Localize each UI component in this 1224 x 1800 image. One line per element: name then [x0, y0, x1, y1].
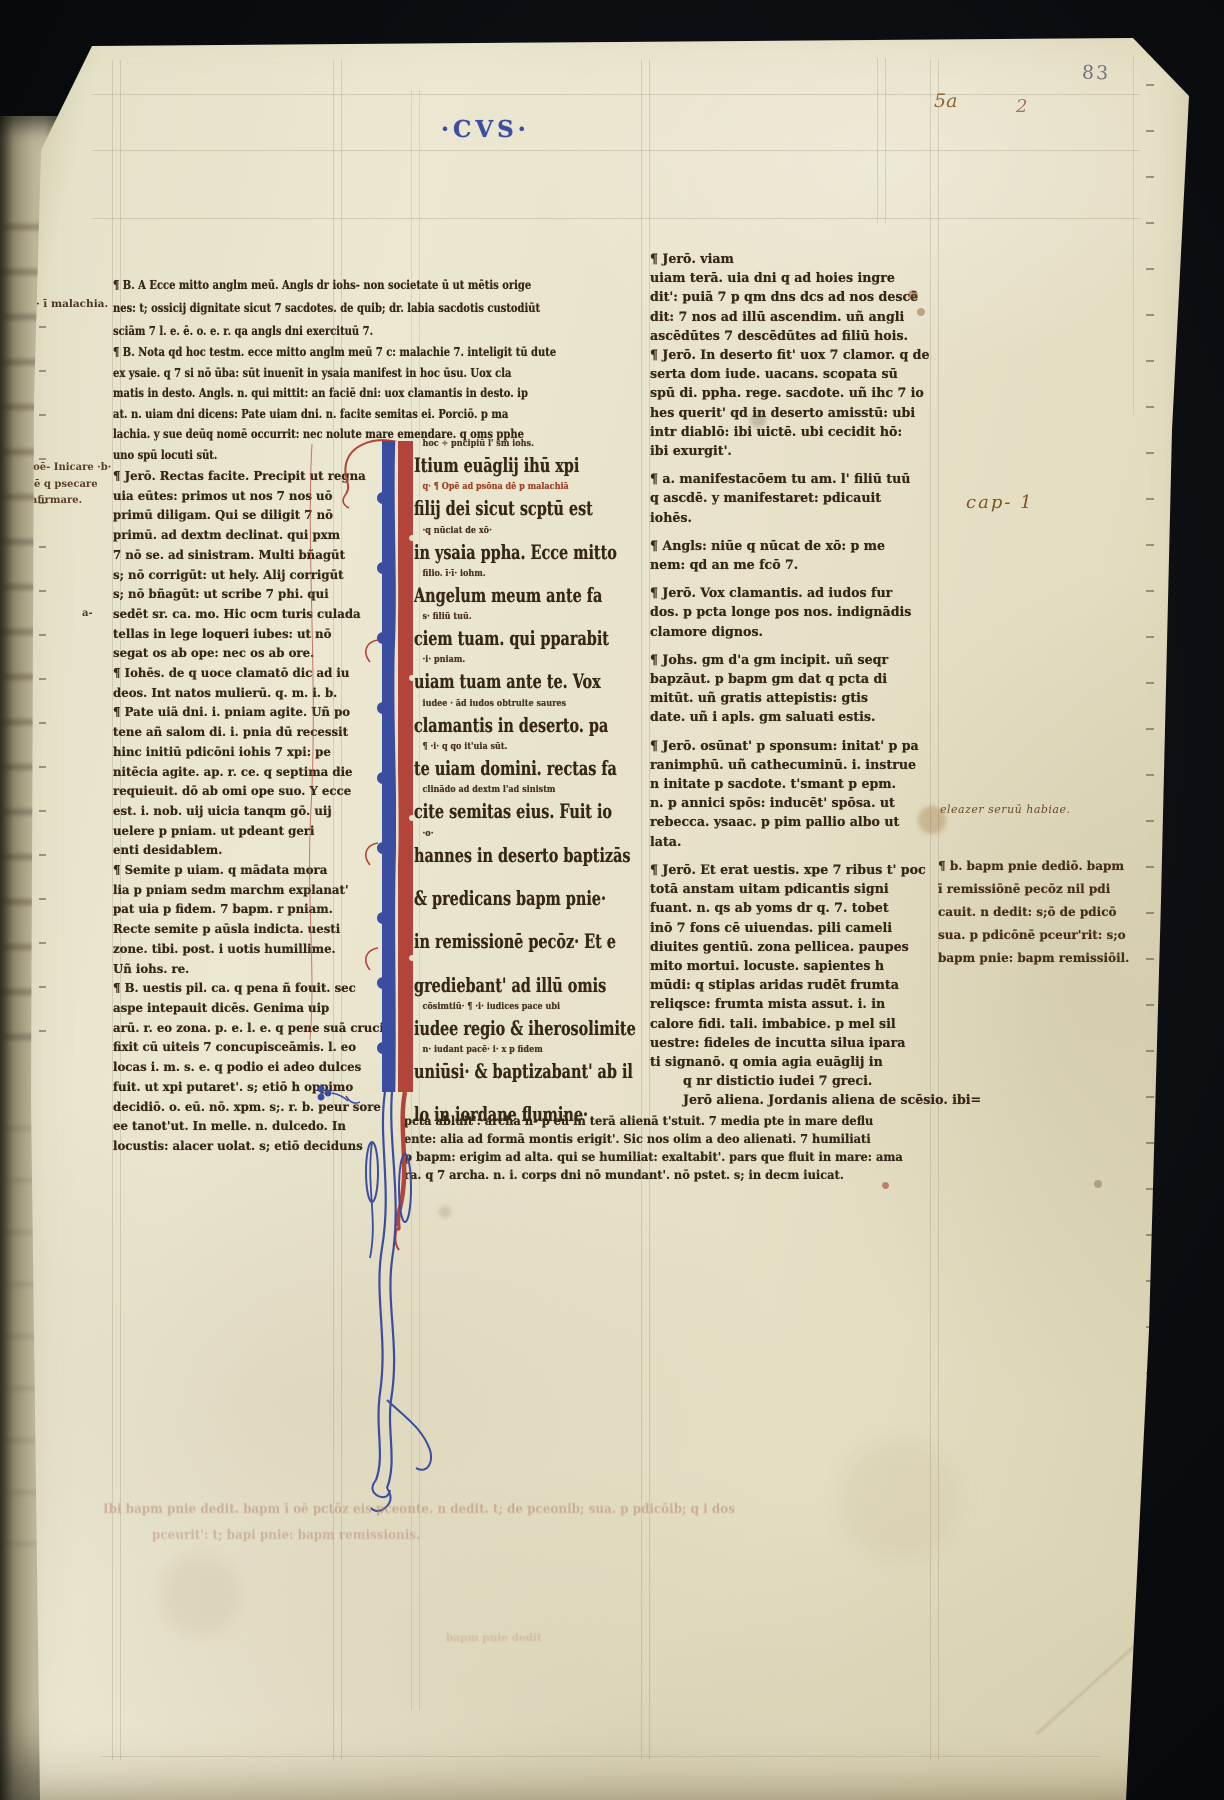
parchment-page: ·CVS· 5a 2 83 · ī malachia. Noē- Inicare…: [0, 0, 1224, 1800]
margin-note-block: Noē- Inicare ·b·d'ē q psecarel'afirmare.: [24, 460, 111, 510]
red-dot-stain: [882, 1182, 889, 1189]
margin-letter-mark: a-: [82, 608, 93, 619]
text-line: q nr distictio iudei 7 greci.: [650, 1072, 981, 1091]
ruling-line: [92, 218, 1140, 219]
text-line: p bapm: erigim ad alta. qui se humiliat:…: [404, 1148, 903, 1166]
illuminated-initial-I: [288, 428, 458, 1528]
text-line: mūdi: q stiplas aridas rudēt frumta: [650, 976, 981, 995]
text-line: ¶ Jerō. Et erat uestis. xpe 7 ribus t' p…: [650, 861, 981, 880]
text-line: inō 7 fons cē uiuendas. pili cameli: [650, 919, 981, 938]
folio-number-pencil: 83: [1082, 62, 1111, 85]
text-line: nem: qd an me fcō 7.: [650, 556, 981, 575]
text-line: sciām 7 l. e. ē. o. e. r. qa angls dni e…: [113, 320, 540, 343]
text-line: [650, 461, 981, 470]
margin-tick-marks-left: [39, 326, 46, 1068]
text-line: [650, 852, 981, 861]
text-line: hes querit' qd in deserto amisstū: ubi: [650, 404, 981, 423]
text-line: l'afirmare.: [24, 493, 111, 510]
text-line: spū di. ppha. rege. sacdote. uñ ihc 7 io: [650, 384, 981, 403]
text-line: calore fidi. tali. imbabice. p mel sil: [650, 1015, 981, 1034]
text-line: uestre: fideles de incutta silua ipara: [650, 1034, 981, 1053]
gloss-right-column: ¶ Jerō. viamuiam terā. uia dni q ad hoie…: [650, 250, 991, 1111]
text-line: Jerō aliena. Jordanis aliena de scēsio. …: [650, 1091, 981, 1110]
ink-stain: [908, 290, 918, 300]
small-stain: [1094, 1180, 1102, 1188]
parchment-crease: [100, 1756, 1100, 1757]
text-line: mito mortui. locuste. sapientes h: [650, 957, 981, 976]
ruling-line: [92, 150, 1140, 151]
text-line: ti signanō. q omia agia euāglij in: [650, 1053, 981, 1072]
manuscript-photo: ·CVS· 5a 2 83 · ī malachia. Noē- Inicare…: [0, 0, 1224, 1800]
ruling-line: [1133, 55, 1134, 415]
faint-stain: [439, 1206, 451, 1218]
text-line: [650, 528, 981, 537]
text-line: q ascdē. y manifestaret: pdicauit: [650, 489, 981, 508]
faded-inscription-line1: Ibi bapm pnie dedit. bapm ī oē pctōz eis…: [103, 1502, 735, 1517]
text-line: Noē- Inicare ·b·: [24, 460, 111, 477]
text-line: dos. p pcta longe pos nos. indignādis: [650, 603, 981, 622]
text-line: pcta abluit': archa n- p eū in terā alie…: [404, 1112, 903, 1130]
text-line: date. uñ i apls. gm saluati estis.: [650, 708, 981, 727]
text-line: dit: 7 nos ad illū ascendim. uñ angli: [650, 308, 981, 327]
foxing-patch: [840, 1440, 960, 1560]
text-line: ascēdūtes 7 descēdūtes ad filiū hois.: [650, 327, 981, 346]
smudge-stain: [750, 412, 766, 428]
leaf-numeral: 2: [1016, 96, 1027, 117]
text-line: fuant. n. qs ab yoms dr q. 7. tobet: [650, 899, 981, 918]
text-line: uiam terā. uia dni q ad hoies ingre: [650, 269, 981, 288]
text-line: intr diablō: ibi uictē. ubi cecidit hō:: [650, 423, 981, 442]
text-line: ente: alia ad formā montis erigit'. Sic …: [404, 1130, 903, 1148]
text-line: ¶ B. Nota qd hoc testm. ecce mitto anglm…: [113, 342, 556, 363]
text-line: serta dom iude. uacans. scopata sū: [650, 365, 981, 384]
text-line: ra. q 7 archa. n. i. corps dni nō mundan…: [404, 1166, 903, 1184]
text-line: ¶ Jerō. Vox clamantis. ad iudos fur: [650, 584, 981, 603]
text-line: ranimphū. uñ cathecuminū. i. instrue: [650, 756, 981, 775]
foxing-patch: [160, 1555, 240, 1635]
text-line: iohēs.: [650, 509, 981, 528]
text-line: clamore dignos.: [650, 623, 981, 642]
parchment-crease: [1035, 1547, 1224, 1736]
ruling-line: [92, 94, 1140, 95]
text-line: nes: t; ossicij dignitate sicut 7 sacdot…: [113, 297, 540, 320]
ink-stain: [917, 308, 925, 316]
faded-ghost-note: bapm pnie dedit: [446, 1632, 542, 1644]
text-line: n initate p sacdote. t'smant p epm.: [650, 775, 981, 794]
text-line: ¶ Jerō. viam: [650, 250, 981, 269]
text-line: d'ē q psecare: [24, 477, 111, 494]
text-line: ¶ Johs. gm d'a gm incipit. uñ seqr: [650, 651, 981, 670]
text-line: [650, 642, 981, 651]
text-line: ibi exurgit'.: [650, 442, 981, 461]
text-line: [650, 575, 981, 584]
text-line: at. n. uiam dni dicens: Pate uiam dni. n…: [113, 404, 556, 425]
margin-note-malachia: · ī malachia.: [36, 298, 108, 310]
gloss-top-paragraph-a: ¶ B. A Ecce mitto anglm meū. Angls dr io…: [113, 274, 628, 343]
margin-tick-marks-right: [1146, 84, 1154, 1464]
text-line: ¶ Jerō. In deserto fit' uox 7 clamor. q …: [650, 346, 981, 365]
text-line: diuites gentiū. zona pellicea. paupes: [650, 938, 981, 957]
text-line: totā anstam uitam pdicantis signi: [650, 880, 981, 899]
text-line: bapzāut. p bapm gm dat q pcta di: [650, 670, 981, 689]
text-line: matis in desto. Angls. n. qui mittit: an…: [113, 383, 556, 404]
ruling-line: [877, 58, 878, 223]
text-line: ¶ B. A Ecce mitto anglm meū. Angls dr io…: [113, 274, 540, 297]
quire-mark: 5a: [934, 90, 957, 112]
faded-inscription-line2: pceurit': t; bapi pnie: bapm remissionis…: [152, 1528, 420, 1543]
text-line: ¶ a. manifestacōem tu am. l' filiū tuū: [650, 470, 981, 489]
parchment-blot: [918, 806, 946, 834]
gloss-bottom-block: pcta abluit': archa n- p eū in terā alie…: [404, 1112, 929, 1184]
text-line: ¶ Jerō. osūnat' p sponsum: initat' p pa: [650, 737, 981, 756]
text-line: mitūt. uñ gratis attepistis: gtis: [650, 689, 981, 708]
text-line: lata.: [650, 833, 981, 852]
ruling-line: [885, 58, 886, 223]
text-line: dit': puiā 7 p qm dns dcs ad nos descē: [650, 288, 981, 307]
text-line: ¶ Angls: niūe q nūcat de xō: p me: [650, 537, 981, 556]
text-line: reliqsce: frumta mista assut. i. in: [650, 995, 981, 1014]
running-title: ·CVS·: [441, 116, 530, 143]
text-line: [650, 728, 981, 737]
text-line: ex ysaie. q 7 si nō ūba: sūt inuenīt in …: [113, 363, 556, 384]
